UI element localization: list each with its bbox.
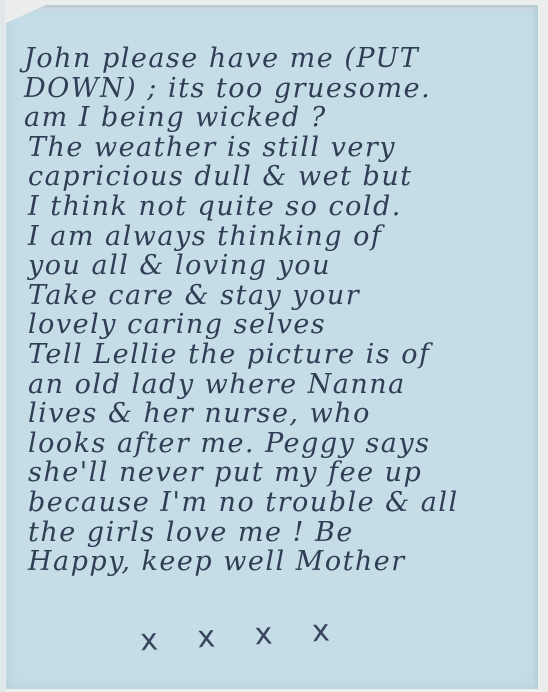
kiss-mark: x — [139, 622, 171, 659]
letter-line: I think not quite so cold. — [24, 192, 524, 222]
letter-line: you all & loving you — [24, 251, 524, 281]
letter-line: capricious dull & wet but — [24, 162, 524, 192]
kiss-mark: x — [311, 613, 343, 650]
letter-line: lives & her nurse, who — [24, 399, 524, 429]
letter-line: she'll never put my fee up — [24, 458, 524, 488]
kiss-mark: x — [196, 619, 228, 656]
letter-line: looks after me. Peggy says — [24, 429, 524, 459]
letter-line: I am always thinking of — [24, 222, 524, 252]
letter-body: John please have me (PUT DOWN) ; its too… — [24, 44, 524, 577]
paper-corner-fold — [6, 5, 46, 23]
letter-line: Tell Lellie the picture is of — [24, 340, 524, 370]
paper-edge-shadow — [532, 5, 538, 689]
letter-line: an old lady where Nanna — [24, 370, 524, 400]
letter-line: lovely caring selves — [24, 310, 524, 340]
letter-line: DOWN) ; its too gruesome. — [24, 74, 524, 104]
letter-line-signoff: Happy, keep well Mother — [24, 547, 524, 577]
kiss-mark: x — [254, 616, 286, 653]
letter-line: John please have me (PUT — [24, 44, 524, 74]
letter-line: Take care & stay your — [24, 281, 524, 311]
letter-line: the girls love me ! Be — [24, 518, 524, 548]
letter-line: because I'm no trouble & all — [24, 488, 524, 518]
letter-line: am I being wicked ? — [24, 103, 524, 133]
letter-line: The weather is still very — [24, 133, 524, 163]
